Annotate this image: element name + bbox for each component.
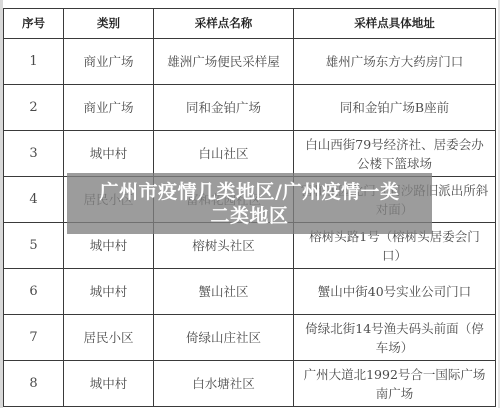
cell-no: 3: [4, 131, 64, 177]
table-row: 7 居民小区 倚绿山庄社区 倚绿北街14号渔夫码头前面（停车场）: [4, 315, 496, 361]
cell-site-name: 白水塘社区: [154, 361, 294, 407]
cell-no: 6: [4, 269, 64, 315]
cell-no: 2: [4, 85, 64, 131]
cell-site-name: 同和金铂广场: [154, 85, 294, 131]
cell-address: 广州大道北1992号合一国际广场南广场: [294, 361, 496, 407]
cell-category: 商业广场: [64, 85, 154, 131]
header-address: 采样点具体地址: [294, 9, 496, 39]
title-overlay-banner: 广州市疫情几类地区/广州疫情一类 二类地区: [67, 173, 432, 234]
cell-address: 同和金铂广场B座前: [294, 85, 496, 131]
overlay-title-line-1: 广州市疫情几类地区/广州疫情一类: [100, 180, 400, 204]
cell-site-name: 雄洲广场便民采样屋: [154, 39, 294, 85]
cell-address: 倚绿北街14号渔夫码头前面（停车场）: [294, 315, 496, 361]
table-row: 8 城中村 白水塘社区 广州大道北1992号合一国际广场南广场: [4, 361, 496, 407]
table-row: 6 城中村 蟹山社区 蟹山中街40号实业公司门口: [4, 269, 496, 315]
cell-category: 商业广场: [64, 39, 154, 85]
table-row: 3 城中村 白山社区 白山西街79号经济社、居委会办公楼下篮球场: [4, 131, 496, 177]
cell-category: 城中村: [64, 269, 154, 315]
cell-category: 居民小区: [64, 315, 154, 361]
cell-site-name: 蟹山社区: [154, 269, 294, 315]
table-row: 2 商业广场 同和金铂广场 同和金铂广场B座前: [4, 85, 496, 131]
cell-no: 8: [4, 361, 64, 407]
table-header-row: 序号 类别 采样点名称 采样点具体地址: [4, 9, 496, 39]
cell-no: 4: [4, 177, 64, 223]
cell-site-name: 白山社区: [154, 131, 294, 177]
table-row: 1 商业广场 雄洲广场便民采样屋 雄州广场东方大药房门口: [4, 39, 496, 85]
cell-address: 白山西街79号经济社、居委会办公楼下篮球场: [294, 131, 496, 177]
header-site-name: 采样点名称: [154, 9, 294, 39]
overlay-title-line-2: 二类地区: [210, 204, 288, 228]
cell-address: 雄州广场东方大药房门口: [294, 39, 496, 85]
cell-no: 7: [4, 315, 64, 361]
header-category: 类别: [64, 9, 154, 39]
cell-site-name: 倚绿山庄社区: [154, 315, 294, 361]
cell-category: 城中村: [64, 361, 154, 407]
cell-no: 5: [4, 223, 64, 269]
cell-no: 1: [4, 39, 64, 85]
cell-address: 蟹山中街40号实业公司门口: [294, 269, 496, 315]
cell-category: 城中村: [64, 131, 154, 177]
header-no: 序号: [4, 9, 64, 39]
